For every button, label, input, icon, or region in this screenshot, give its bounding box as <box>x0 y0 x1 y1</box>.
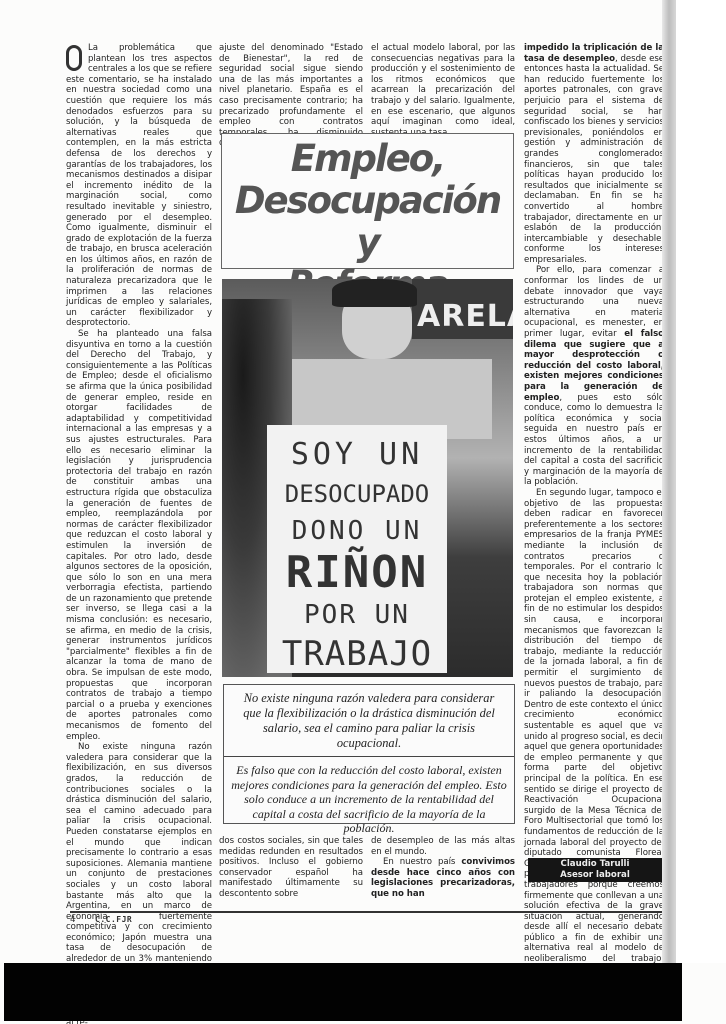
article-column-3-bottom: de desempleo de las más altas en el mund… <box>371 836 515 900</box>
protest-sign: SOY UN DESOCUPADO DONO UN RIÑON POR UN T… <box>267 425 447 673</box>
footer-rule <box>70 911 662 913</box>
article-paragraph: En nuestro país convivimos desde hace ci… <box>371 857 515 899</box>
author-name: Claudio Tarulli <box>528 859 662 870</box>
sign-line: SOY UN <box>267 435 447 475</box>
scan-margin <box>676 0 726 963</box>
scan-black-border <box>4 963 682 1021</box>
protester-cap <box>332 279 417 307</box>
article-paragraph: dos costos sociales, sin que tales medid… <box>219 836 363 900</box>
page-binding-shadow <box>662 0 676 963</box>
protest-photo: ARELA SOY UN DESOCUPADO DONO UN RIÑON PO… <box>222 279 513 677</box>
article-paragraph: Se ha planteado una falsa disyuntiva en … <box>66 329 212 742</box>
page-number: 4 <box>70 915 75 925</box>
author-role: Asesor laboral <box>528 870 662 881</box>
banner-text: ARELA <box>417 299 513 334</box>
article-paragraph: La problemática que plantean los tres as… <box>66 43 212 329</box>
pullquote-box: No existe ninguna razón valedera para co… <box>223 684 515 824</box>
sign-line: POR UN <box>267 597 447 633</box>
article-paragraph: el actual modelo laboral, por las consec… <box>371 43 515 138</box>
title-line: Desocupación y <box>222 180 513 264</box>
article-column-2-bottom: dos costos sociales, sin que tales medid… <box>219 836 363 900</box>
article-paragraph: Por ello, para comenzar a conformar los … <box>524 265 664 487</box>
article-column-1: La problemática que plantean los tres as… <box>66 43 212 1024</box>
sign-line: TRABAJO <box>267 633 447 675</box>
magazine-page: La problemática que plantean los tres as… <box>0 0 726 1024</box>
title-line: Empleo, <box>222 138 513 180</box>
pullquote-2: Es falso que con la reducción del costo … <box>224 757 514 836</box>
article-paragraph: de desempleo de las más altas en el mund… <box>371 836 515 857</box>
article-paragraph: En segundo lugar, tampoco el objetivo de… <box>524 488 664 1007</box>
publication-name: C.C.FJR <box>95 915 132 924</box>
author-signature: Claudio Tarulli Asesor laboral <box>528 858 662 882</box>
article-column-3-top: el actual modelo laboral, por las consec… <box>371 43 515 138</box>
article-title-box: Empleo, Desocupación y Reforma Laboral <box>221 133 514 269</box>
pullquote-1: No existe ninguna razón valedera para co… <box>224 685 514 757</box>
sign-line: RIÑON <box>267 549 447 597</box>
article-paragraph: impedido la triplicación de la tasa de d… <box>524 43 664 265</box>
sign-line: DESOCUPADO <box>267 475 447 513</box>
drop-cap-letter <box>66 45 82 71</box>
sign-line: DONO UN <box>267 513 447 549</box>
